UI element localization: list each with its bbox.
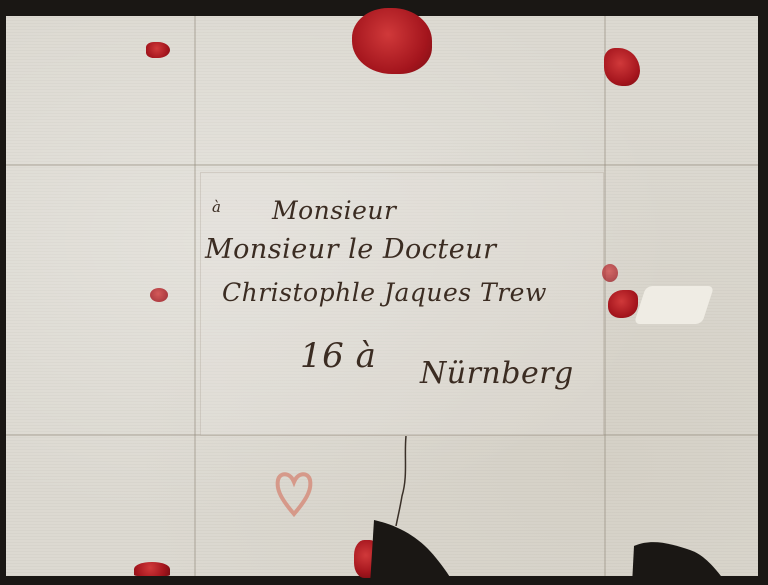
torn-paper-flap (634, 286, 714, 324)
letter-photo: à Monsieur Monsieur le Docteur Christoph… (0, 0, 768, 585)
address-city: Nürnberg (420, 356, 574, 391)
wax-seal-icon (352, 8, 432, 74)
address-line-3: Christophle Jaques Trew (222, 278, 547, 307)
wax-fragment-icon (150, 288, 168, 302)
wax-fragment-icon (602, 264, 618, 282)
torn-hole (370, 518, 470, 585)
fold-crease (194, 16, 196, 576)
fold-crease (604, 16, 606, 576)
wax-fragment-icon (608, 290, 638, 318)
wax-fragment-icon (134, 562, 170, 576)
postal-mark-icon (272, 466, 316, 518)
address-postage-note: 16 à (300, 336, 376, 376)
address-line-1: Monsieur (272, 196, 396, 225)
address-prefix: à (212, 198, 221, 216)
address-line-2: Monsieur le Docteur (205, 234, 496, 265)
wax-fragment-icon (146, 42, 170, 58)
paper-crack (392, 436, 412, 526)
torn-hole (632, 540, 724, 585)
fold-crease (6, 164, 758, 166)
